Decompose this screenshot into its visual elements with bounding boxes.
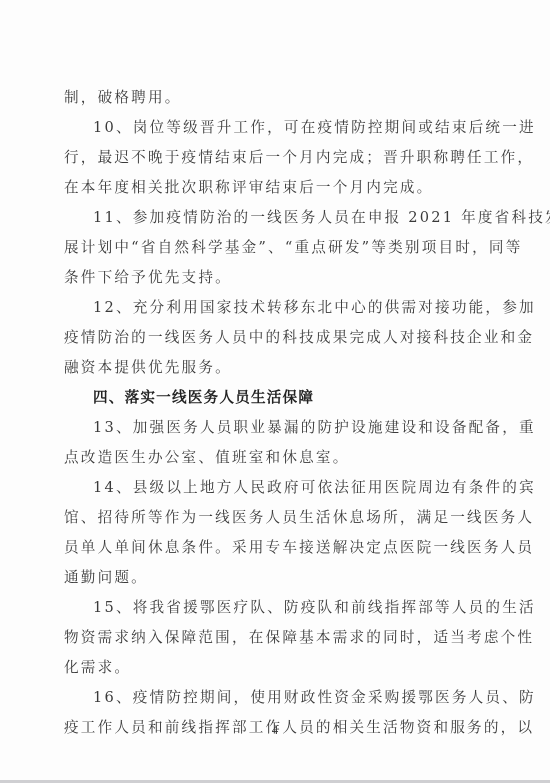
text-line: 融资本提供优先服务。 — [64, 353, 464, 383]
paragraph-11: 11、参加疫情防治的一线医务人员在申报 2021 年度省科技发 — [64, 203, 464, 233]
text-line: 物资需求纳入保障范围，在保障基本需求的同时，适当考虑个性 — [64, 623, 464, 653]
text-line: 馆、招待所等作为一线医务人员生活休息场所，满足一线医务人 — [64, 503, 464, 533]
page-number: 4 — [0, 722, 550, 738]
text-line: 员单人单间休息条件。采用专车接送解决定点医院一线医务人员 — [64, 533, 464, 563]
text-line: 在本年度相关批次职称评审结束后一个月内完成。 — [64, 173, 464, 203]
paragraph-15: 15、将我省援鄂医疗队、防疫队和前线指挥部等人员的生活 — [64, 593, 464, 623]
paragraph-14: 14、县级以上地方人民政府可依法征用医院周边有条件的宾 — [64, 473, 464, 503]
text-line: 展计划中“省自然科学基金”、“重点研发”等类别项目时，同等 — [64, 233, 464, 263]
text-line: 点改造医生办公室、值班室和休息室。 — [64, 443, 464, 473]
document-page: 制，破格聘用。 10、岗位等级晋升工作，可在疫情防控期间或结束后统一进 行，最迟… — [0, 0, 550, 783]
paragraph-10: 10、岗位等级晋升工作，可在疫情防控期间或结束后统一进 — [64, 113, 464, 143]
text-line: 制，破格聘用。 — [64, 83, 464, 113]
paragraph-16: 16、疫情防控期间，使用财政性资金采购援鄂医务人员、防 — [64, 683, 464, 713]
text-line: 化需求。 — [64, 653, 464, 683]
paragraph-12: 12、充分利用国家技术转移东北中心的供需对接功能，参加 — [64, 293, 464, 323]
paragraph-13: 13、加强医务人员职业暴漏的防护设施建设和设备配备，重 — [64, 413, 464, 443]
text-line: 通勤问题。 — [64, 563, 464, 593]
text-line: 条件下给予优先支持。 — [64, 263, 464, 293]
document-body: 制，破格聘用。 10、岗位等级晋升工作，可在疫情防控期间或结束后统一进 行，最迟… — [64, 83, 464, 743]
text-line: 疫情防治的一线医务人员中的科技成果完成人对接科技企业和金 — [64, 323, 464, 353]
text-line: 行，最迟不晚于疫情结束后一个月内完成；晋升职称聘任工作， — [64, 143, 464, 173]
section-heading: 四、落实一线医务人员生活保障 — [64, 383, 464, 413]
